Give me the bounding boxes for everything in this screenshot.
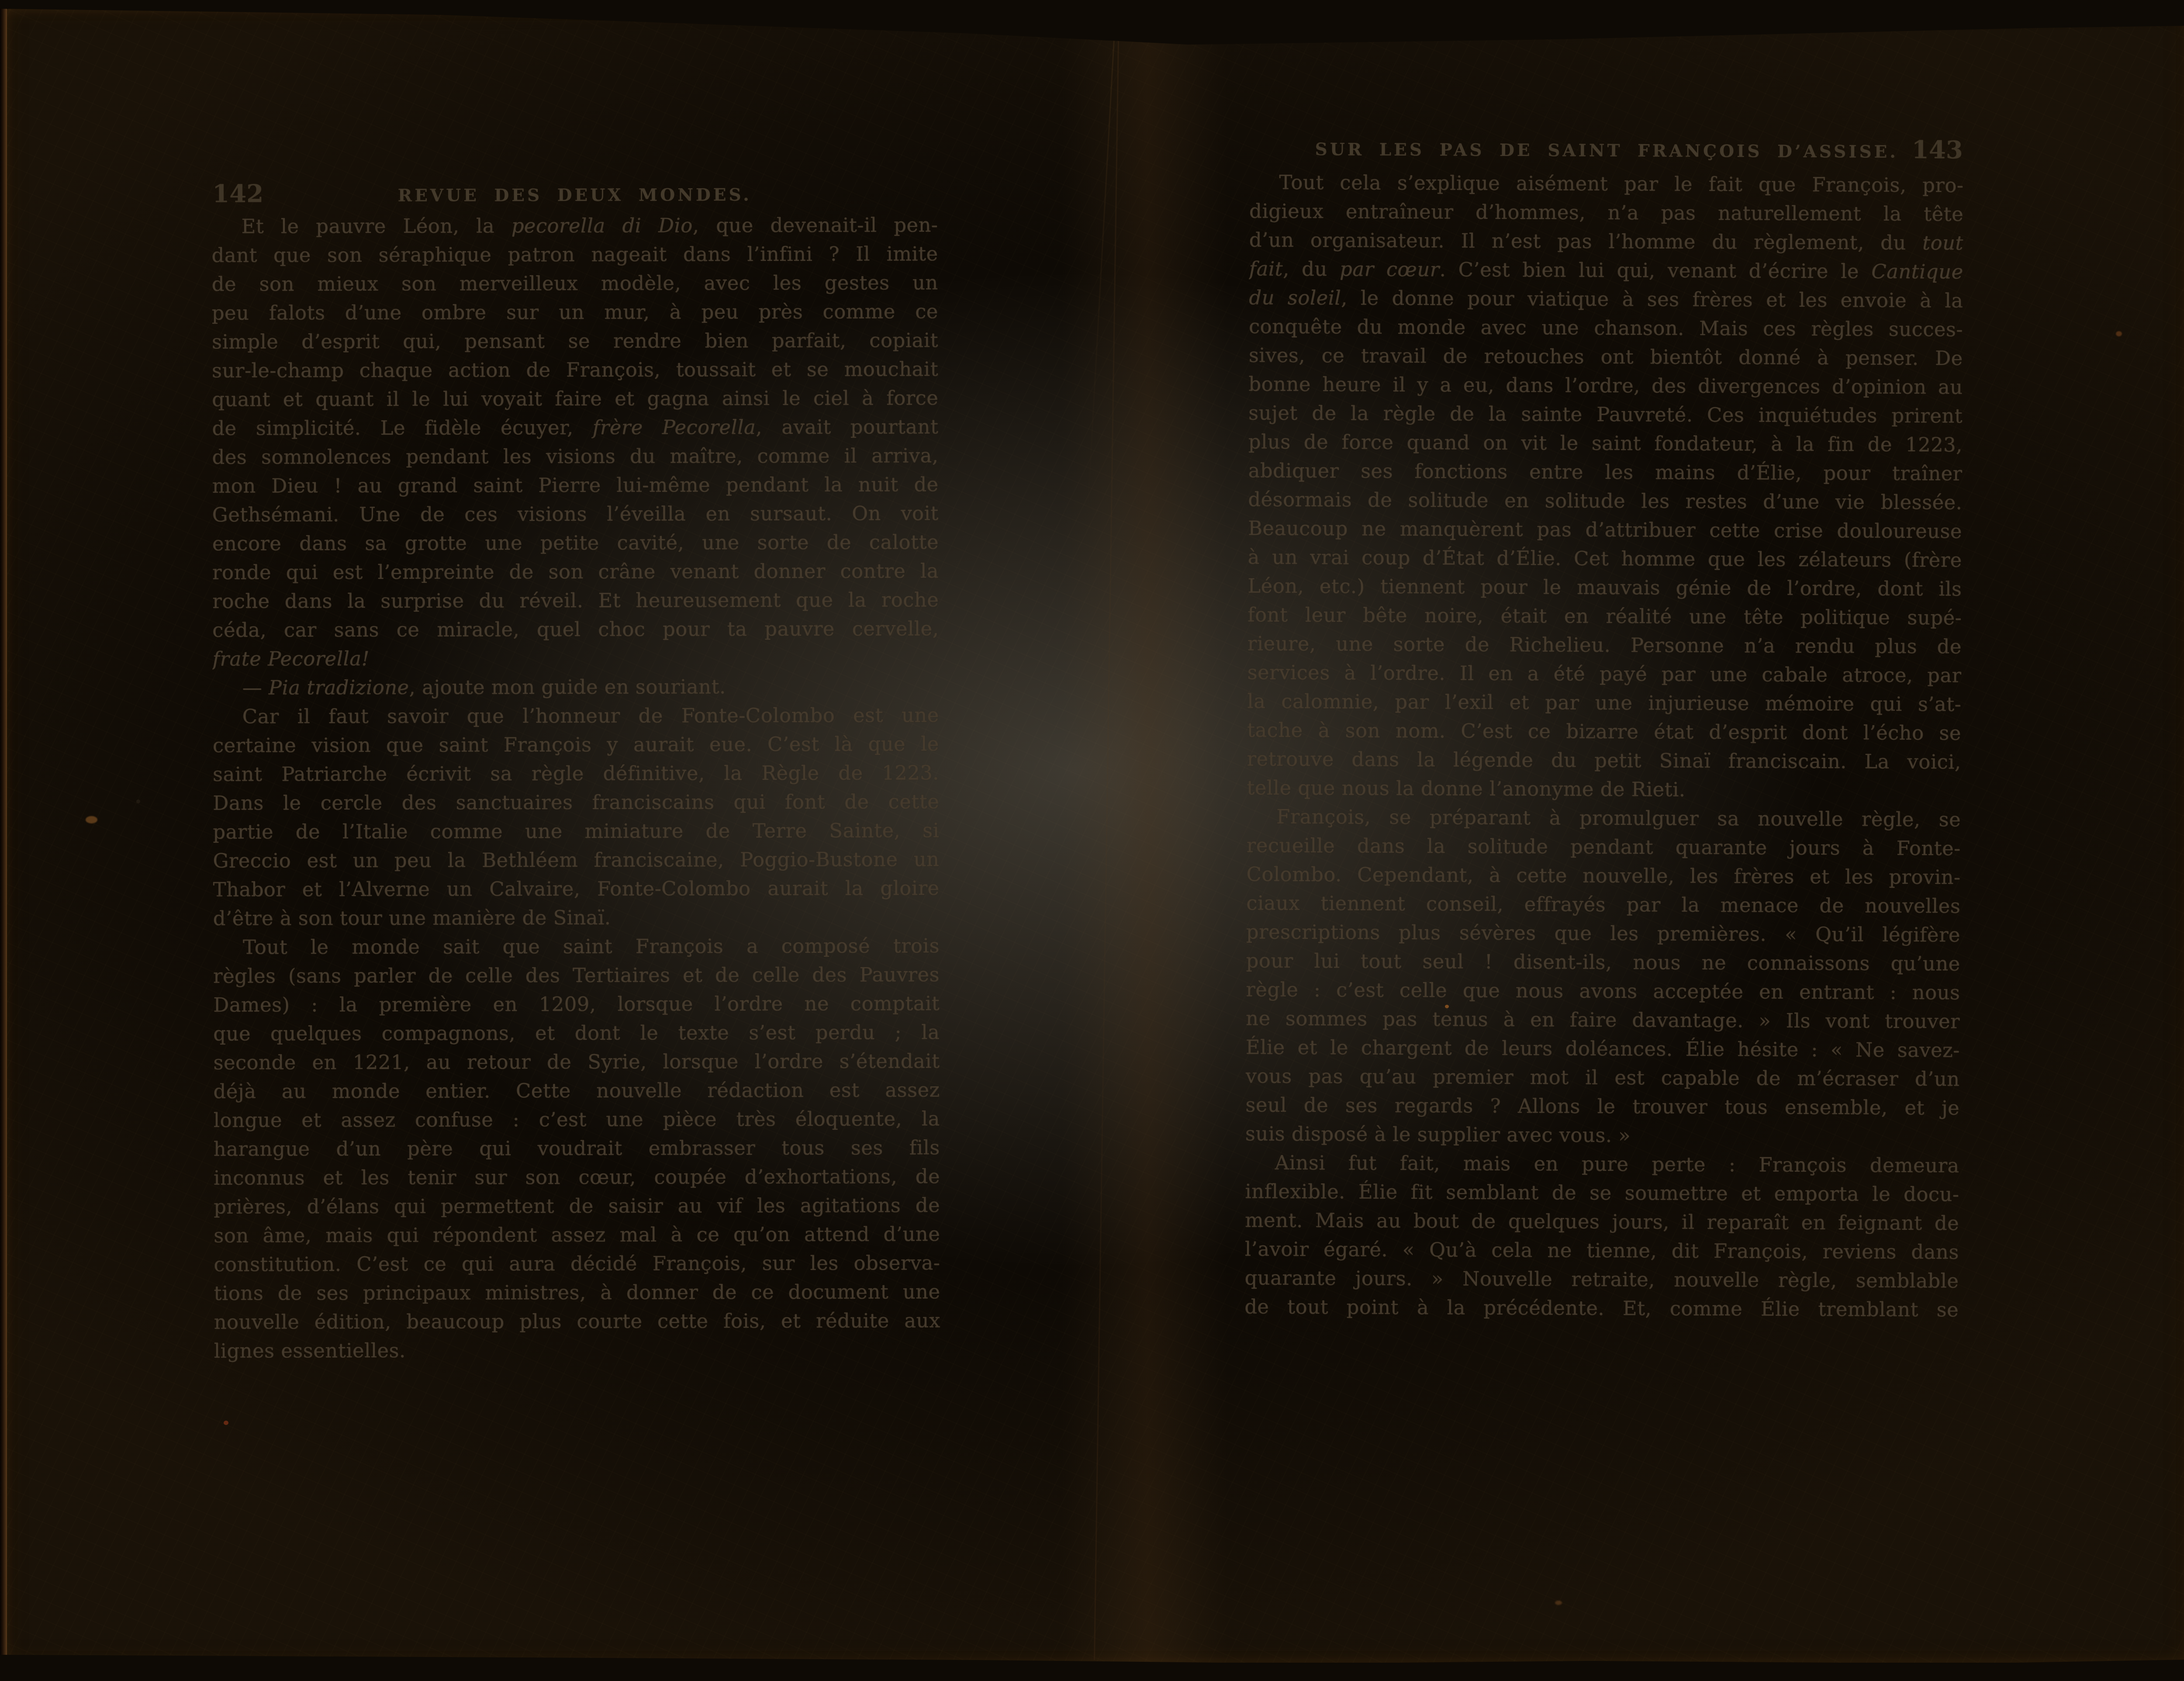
text-line: inflexible. Élie fit semblant de se soum… [1245,1177,1959,1209]
text-line: suis disposé à le supplier avec vous. » [1245,1119,1959,1151]
page-number: 143 [1912,138,1963,163]
text-line: Dans le cercle des sanctuaires francisca… [213,787,939,817]
text-line: font leur bête noire, était en réalité u… [1248,600,1962,632]
text-line: partie de l’Italie comme une miniature d… [213,816,939,846]
text-line: son âme, mais qui répondent assez mal à … [214,1220,940,1250]
text-line: mon Dieu ! au grand saint Pierre lui-mêm… [212,470,939,500]
text-line: abdiquer ses fonctions entre les mains d… [1248,456,1962,488]
page-text: Tout cela s’explique aisément par le fai… [1244,168,1964,1324]
text-line: quarante jours. » Nouvelle retraite, nou… [1244,1263,1959,1295]
text-line: inconnus et les tenir sur son cœur, coup… [214,1162,940,1192]
right-page: SUR LES PAS DE SAINT FRANÇOIS D’ASSISE. … [1244,128,1964,1324]
text-line: dant que son séraphique patron nageait d… [211,239,938,270]
text-line: certaine vision que saint François y aur… [213,730,939,760]
running-head: SUR LES PAS DE SAINT FRANÇOIS D’ASSISE. [1250,141,1964,161]
text-line: sujet de la règle de la sainte Pauvreté.… [1248,398,1963,430]
text-line: rieure, une sorte de Richelieu. Personne… [1248,629,1962,661]
text-line: harangue d’un père qui voudrait embrasse… [214,1133,940,1163]
text-line: que quelques compagnons, et dont le text… [213,1018,940,1048]
text-line: du soleil, le donne pour viatique à ses … [1249,283,1963,315]
text-line: règle : c’est celle que nous avons accep… [1246,975,1960,1007]
book-photo: 142 REVUE DES DEUX MONDES. Et le pauvre … [0,0,2184,1681]
text-line: services à l’ordre. Il en a été payé par… [1247,658,1961,690]
text-line: Tout cela s’explique aisément par le fai… [1249,168,1963,200]
text-line: François, se préparant à promulguer sa n… [1247,802,1961,834]
stain-spot [86,816,97,823]
page-text: Et le pauvre Léon, la pecorella di Dio, … [211,211,940,1365]
text-line: seconde en 1221, au retour de Syrie, lor… [213,1047,940,1077]
book-cover-left-edge [0,0,7,1681]
text-line: Thabor et l’Alverne un Calvaire, Fonte-C… [213,874,940,904]
text-line: de son mieux son merveilleux modèle, ave… [212,268,938,298]
text-line: ment. Mais au bout de quelques jours, il… [1245,1206,1959,1238]
text-line: roche dans la surprise du réveil. Et heu… [212,585,939,616]
text-line: Léon, etc.) tiennent pour le mauvais gén… [1248,571,1962,603]
text-line: simple d’esprit qui, pensant se rendre b… [212,326,938,356]
text-line: fait, du par cœur. C’est bien lui qui, v… [1249,254,1963,286]
text-line: pour lui tout seul ! disent-ils, nous ne… [1246,946,1960,978]
running-head: REVUE DES DEUX MONDES. [211,186,938,204]
text-line: de simplicité. Le fidèle écuyer, frère P… [212,412,938,443]
text-line: déjà au monde entier. Cette nouvelle réd… [213,1076,940,1106]
text-line: vous pas qu’au premier mot il est capabl… [1245,1062,1959,1093]
text-line: retrouve dans la légende du petit Sinaï … [1247,744,1961,776]
text-line: longue et assez confuse : c’est une pièc… [214,1104,940,1135]
text-line: frate Pecorella! [212,643,939,673]
text-line: nouvelle édition, beaucoup plus courte c… [214,1306,940,1336]
text-line: l’avoir égaré. « Qu’à cela ne tienne, di… [1245,1235,1959,1266]
text-line: prescriptions plus sévères que les premi… [1246,917,1960,949]
text-line: Car il faut savoir que l’honneur de Font… [213,701,939,731]
text-line: telle que nous la donne l’anonyme de Rie… [1247,773,1961,805]
text-line: recueille dans la solitude pendant quara… [1247,831,1961,863]
stain-spot [2116,331,2122,336]
text-line: quant et quant il le lui voyait faire et… [212,384,938,414]
text-line: ciaux tiennent conseil, effrayés par la … [1246,889,1960,920]
gutter-shadow [1061,9,1227,1663]
text-line: de tout point à la précédente. Et, comme… [1244,1292,1959,1324]
left-page-header: 142 REVUE DES DEUX MONDES. [211,173,938,206]
text-line: Gethsémani. Une de ces visions l’éveilla… [212,499,939,529]
text-line: Tout le monde sait que saint François a … [213,931,940,962]
text-line: Et le pauvre Léon, la pecorella di Dio, … [211,211,938,241]
stain-spot [136,799,140,803]
text-line: tache à son nom. C’est ce bizarre état d… [1247,716,1961,747]
text-line: Ainsi fut fait, mais en pure perte : Fra… [1245,1148,1959,1180]
text-line: des somnolences pendant les visions du m… [212,441,938,471]
text-line: prières, d’élans qui permettent de saisi… [214,1191,940,1221]
text-line: ne sommes pas tenus à en faire davantage… [1246,1004,1960,1036]
text-line: d’un organisateur. Il n’est pas l’homme … [1249,225,1963,257]
text-line: à un vrai coup d’État d’Élie. Cet homme … [1248,543,1962,574]
text-line: conquête du monde avec une chanson. Mais… [1249,312,1963,344]
text-line: saint Patriarche écrivit sa règle défini… [213,758,939,789]
text-line: bonne heure il y a eu, dans l’ordre, des… [1248,370,1963,401]
text-line: Greccio est un peu la Bethléem francisca… [213,845,939,875]
text-line: Dames) : la première en 1209, lorsque l’… [213,989,940,1019]
text-line: Élie et le chargent de leurs doléances. … [1246,1033,1960,1065]
text-line: constitution. C’est ce qui aura décidé F… [214,1249,940,1279]
left-page: 142 REVUE DES DEUX MONDES. Et le pauvre … [211,173,940,1365]
text-line: d’être à son tour une manière de Sinaï. [213,903,940,933]
text-line: plus de force quand on vit le saint fond… [1248,427,1963,459]
text-line: céda, car sans ce miracle, quel choc pou… [212,614,939,644]
text-line: seul de ses regards ? Allons le trouver … [1245,1090,1959,1122]
stain-spot [224,1421,228,1425]
text-line: peu falots d’une ombre sur un mur, à peu… [212,297,938,327]
text-line: lignes essentielles. [214,1335,940,1365]
text-line: tions de ses principaux ministres, à don… [214,1277,940,1307]
text-line: ronde qui est l’empreinte de son crâne v… [212,557,939,587]
text-line: la calomnie, par l’exil et par une injur… [1247,687,1961,719]
text-line: digieux entraîneur d’hommes, n’a pas nat… [1249,197,1963,228]
text-line: encore dans sa grotte une petite cavité,… [212,528,939,558]
text-line: sives, ce travail de retouches ont bient… [1249,341,1963,373]
text-line: règles (sans parler de celle des Tertiai… [213,960,940,990]
text-line: désormais de solitude en solitude les re… [1248,485,1962,517]
text-line: sur-le-champ chaque action de François, … [212,355,938,385]
right-page-header: SUR LES PAS DE SAINT FRANÇOIS D’ASSISE. … [1250,128,1964,162]
text-line: — Pia tradizione, ajoute mon guide en so… [213,672,939,702]
stain-spot [1555,1601,1562,1605]
text-line: Colombo. Cependant, à cette nouvelle, le… [1246,860,1960,892]
text-line: Beaucoup ne manquèrent pas d’attribuer c… [1248,514,1962,546]
